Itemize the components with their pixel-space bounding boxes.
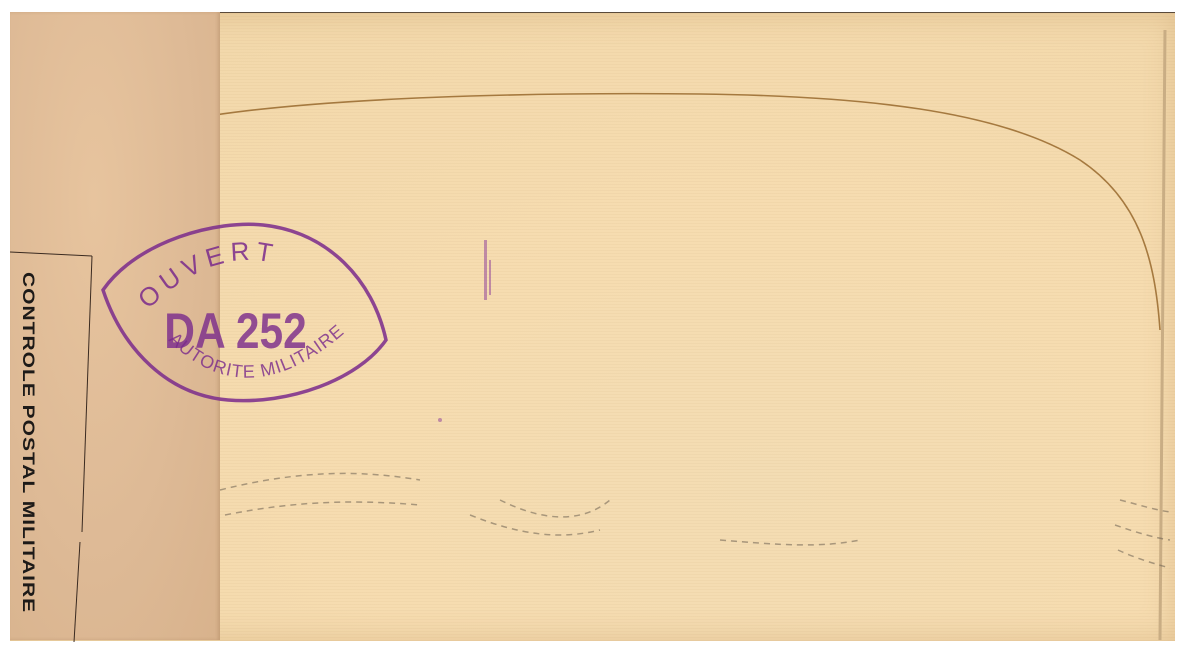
faint-postmark-marks bbox=[0, 0, 1180, 650]
